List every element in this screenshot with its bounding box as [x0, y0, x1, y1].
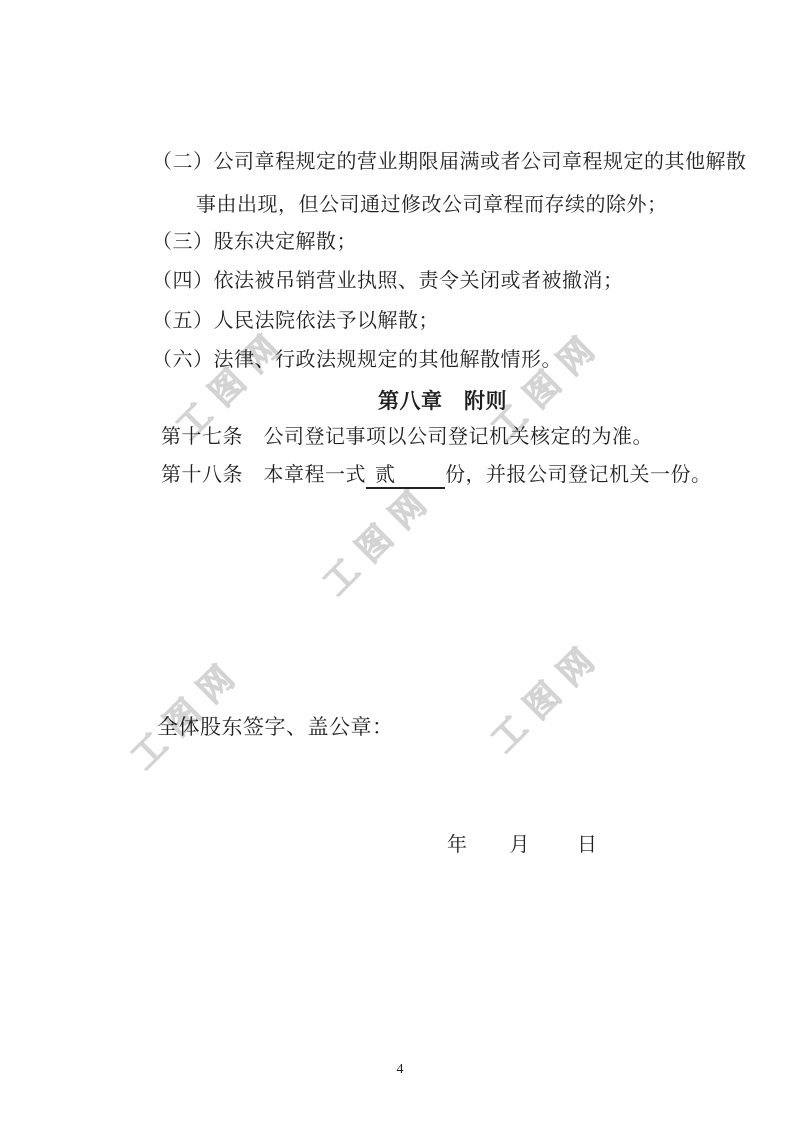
- watermark: 工图网: [310, 470, 444, 604]
- watermark: 工图网: [118, 644, 252, 778]
- clause-line-6: （六）法律、行政法规规定的其他解散情形。: [152, 348, 562, 372]
- signature-label: 全体股东签字、盖公章：: [157, 715, 394, 739]
- clause-line-5: （五）人民法院依法予以解散；: [152, 309, 439, 333]
- clause-line-3: （三）股东决定解散；: [152, 230, 357, 254]
- fill-in-blank: 贰: [366, 463, 445, 489]
- date-line: 年 月 日: [447, 833, 598, 857]
- article-18: 第十八条 本章程一式贰份，并报公司登记机关一份。: [161, 463, 712, 489]
- chapter-heading: 第八章 附则: [378, 389, 507, 413]
- clause-line-2-continuation: 事由出现，但公司通过修改公司章程而存续的除外；: [196, 193, 668, 217]
- article-17: 第十七条 公司登记事项以公司登记机关核定的为准。: [161, 425, 653, 449]
- clause-line-4: （四）依法被吊销营业执照、责令关闭或者被撤消；: [152, 269, 624, 293]
- page-number: 4: [0, 1058, 800, 1082]
- date-day-label: 日: [577, 833, 598, 857]
- article-18-suffix: 份，并报公司登记机关一份。: [445, 464, 712, 486]
- date-month-label: 月: [510, 833, 531, 857]
- clause-line-2: （二）公司章程规定的营业期限届满或者公司章程规定的其他解散: [152, 150, 747, 174]
- date-year-label: 年: [447, 833, 468, 857]
- article-18-prefix: 第十八条 本章程一式: [161, 464, 366, 486]
- document-page: 工图网 工图网 工图网 工图网 工图网 （二）公司章程规定的营业期限届满或者公司…: [0, 0, 800, 1132]
- watermark: 工图网: [478, 627, 612, 761]
